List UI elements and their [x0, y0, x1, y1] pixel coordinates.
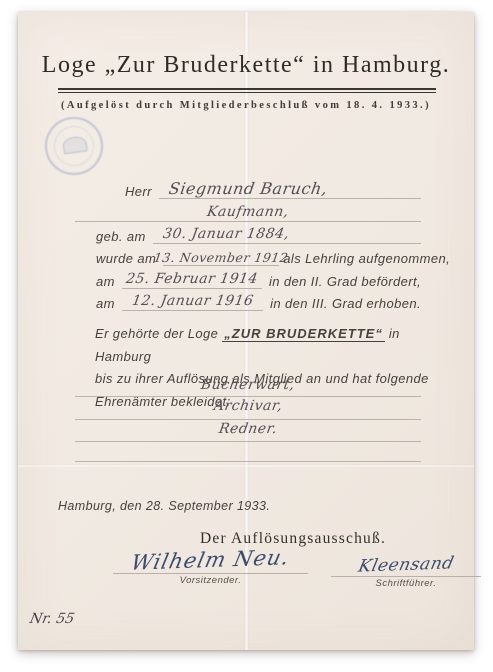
- signature-block-secretary: Kleensand Schriftführer.: [331, 555, 481, 589]
- second-degree-line: am 25. Februar 1914 in den II. Grad befö…: [96, 268, 421, 289]
- honor-entry-handwriting: Bücherwart,: [200, 377, 296, 393]
- birthdate-handwriting: 30. Januar 1884,: [161, 226, 290, 243]
- third-degree-line: am 12. Januar 1916 in den III. Grad erho…: [96, 290, 421, 311]
- honor-entry-handwriting: Archivar,: [212, 398, 283, 414]
- secretary-signature: Kleensand: [356, 553, 455, 576]
- honor-entry-handwriting: Redner.: [218, 421, 279, 437]
- page-title: Loge „Zur Bruderkette“ in Hamburg.: [18, 52, 474, 79]
- paragraph-line1-pre: Er gehörte der Loge: [95, 326, 218, 341]
- title-double-rule: [58, 88, 436, 93]
- apprentice-line: wurde am 13. November 1912 als Lehrling …: [96, 245, 421, 266]
- name-ruled-fill: Siegmund Baruch,: [159, 179, 421, 199]
- paragraph-line-1: Er gehörte der Loge „ZUR BRUDERKETTE“ in…: [95, 323, 435, 368]
- apprentice-label: wurde am: [96, 251, 156, 266]
- profession-handwriting: Kaufmann,: [206, 204, 290, 221]
- place-date-line: Hamburg, den 28. September 1933.: [58, 499, 270, 513]
- honor-line-empty: [75, 442, 421, 462]
- second-degree-date-handwriting: 25. Februar 1914: [125, 271, 259, 288]
- salutation-label: Herr: [125, 184, 152, 199]
- dissolution-subtitle: (Aufgelöst durch Mitgliederbeschluß vom …: [18, 100, 474, 111]
- second-degree-date-fill: 25. Februar 1914: [122, 271, 262, 289]
- chairman-role-label: Vorsitzender.: [113, 575, 308, 586]
- member-name-line: Herr Siegmund Baruch,: [125, 175, 421, 199]
- document-number: Nr. 55: [28, 611, 76, 627]
- birthdate-ruled-fill: 30. Januar 1884,: [153, 226, 421, 244]
- second-degree-tail-text: in den II. Grad befördert,: [269, 274, 421, 289]
- horizontal-fold-crease: [18, 464, 474, 468]
- lodge-name-text: „ZUR BRUDERKETTE“: [222, 326, 385, 342]
- secretary-role-label: Schriftführer.: [331, 578, 481, 589]
- secretary-signature-rule: [331, 576, 481, 577]
- chairman-signature: Wilhelm Neu.: [129, 545, 292, 574]
- member-name-handwriting: Siegmund Baruch,: [167, 179, 329, 198]
- honor-line-2: Archivar,: [75, 397, 421, 420]
- third-degree-date-fill: 12. Januar 1916: [122, 293, 263, 311]
- third-degree-date-handwriting: 12. Januar 1916: [130, 293, 254, 310]
- committee-heading: Der Auflösungsausschuß.: [128, 530, 458, 548]
- signature-block-chairman: Wilhelm Neu. Vorsitzender.: [113, 548, 308, 586]
- apprentice-tail-text: als Lehrling aufgenommen,: [283, 251, 450, 266]
- apprentice-date-fill: 13. November 1912: [163, 250, 279, 266]
- scan-background: Loge „Zur Bruderkette“ in Hamburg. (Aufg…: [0, 0, 493, 672]
- apprentice-date-handwriting: 13. November 1912: [153, 250, 290, 265]
- lodge-ink-stamp-icon: [41, 113, 107, 179]
- profession-line: Kaufmann,: [75, 200, 421, 222]
- certificate-sheet: Loge „Zur Bruderkette“ in Hamburg. (Aufg…: [18, 12, 474, 650]
- profession-ruled-fill: Kaufmann,: [75, 204, 421, 222]
- third-degree-tail-text: in den III. Grad erhoben.: [270, 296, 421, 311]
- honor-line-3: Redner.: [75, 420, 421, 442]
- honor-line-1: Bücherwart,: [75, 376, 421, 397]
- second-degree-label: am: [96, 274, 115, 289]
- third-degree-label: am: [96, 296, 115, 311]
- birthdate-label: geb. am: [96, 229, 146, 244]
- honors-block: Bücherwart, Archivar, Redner.: [75, 376, 421, 462]
- birthdate-line: geb. am 30. Januar 1884,: [96, 223, 421, 244]
